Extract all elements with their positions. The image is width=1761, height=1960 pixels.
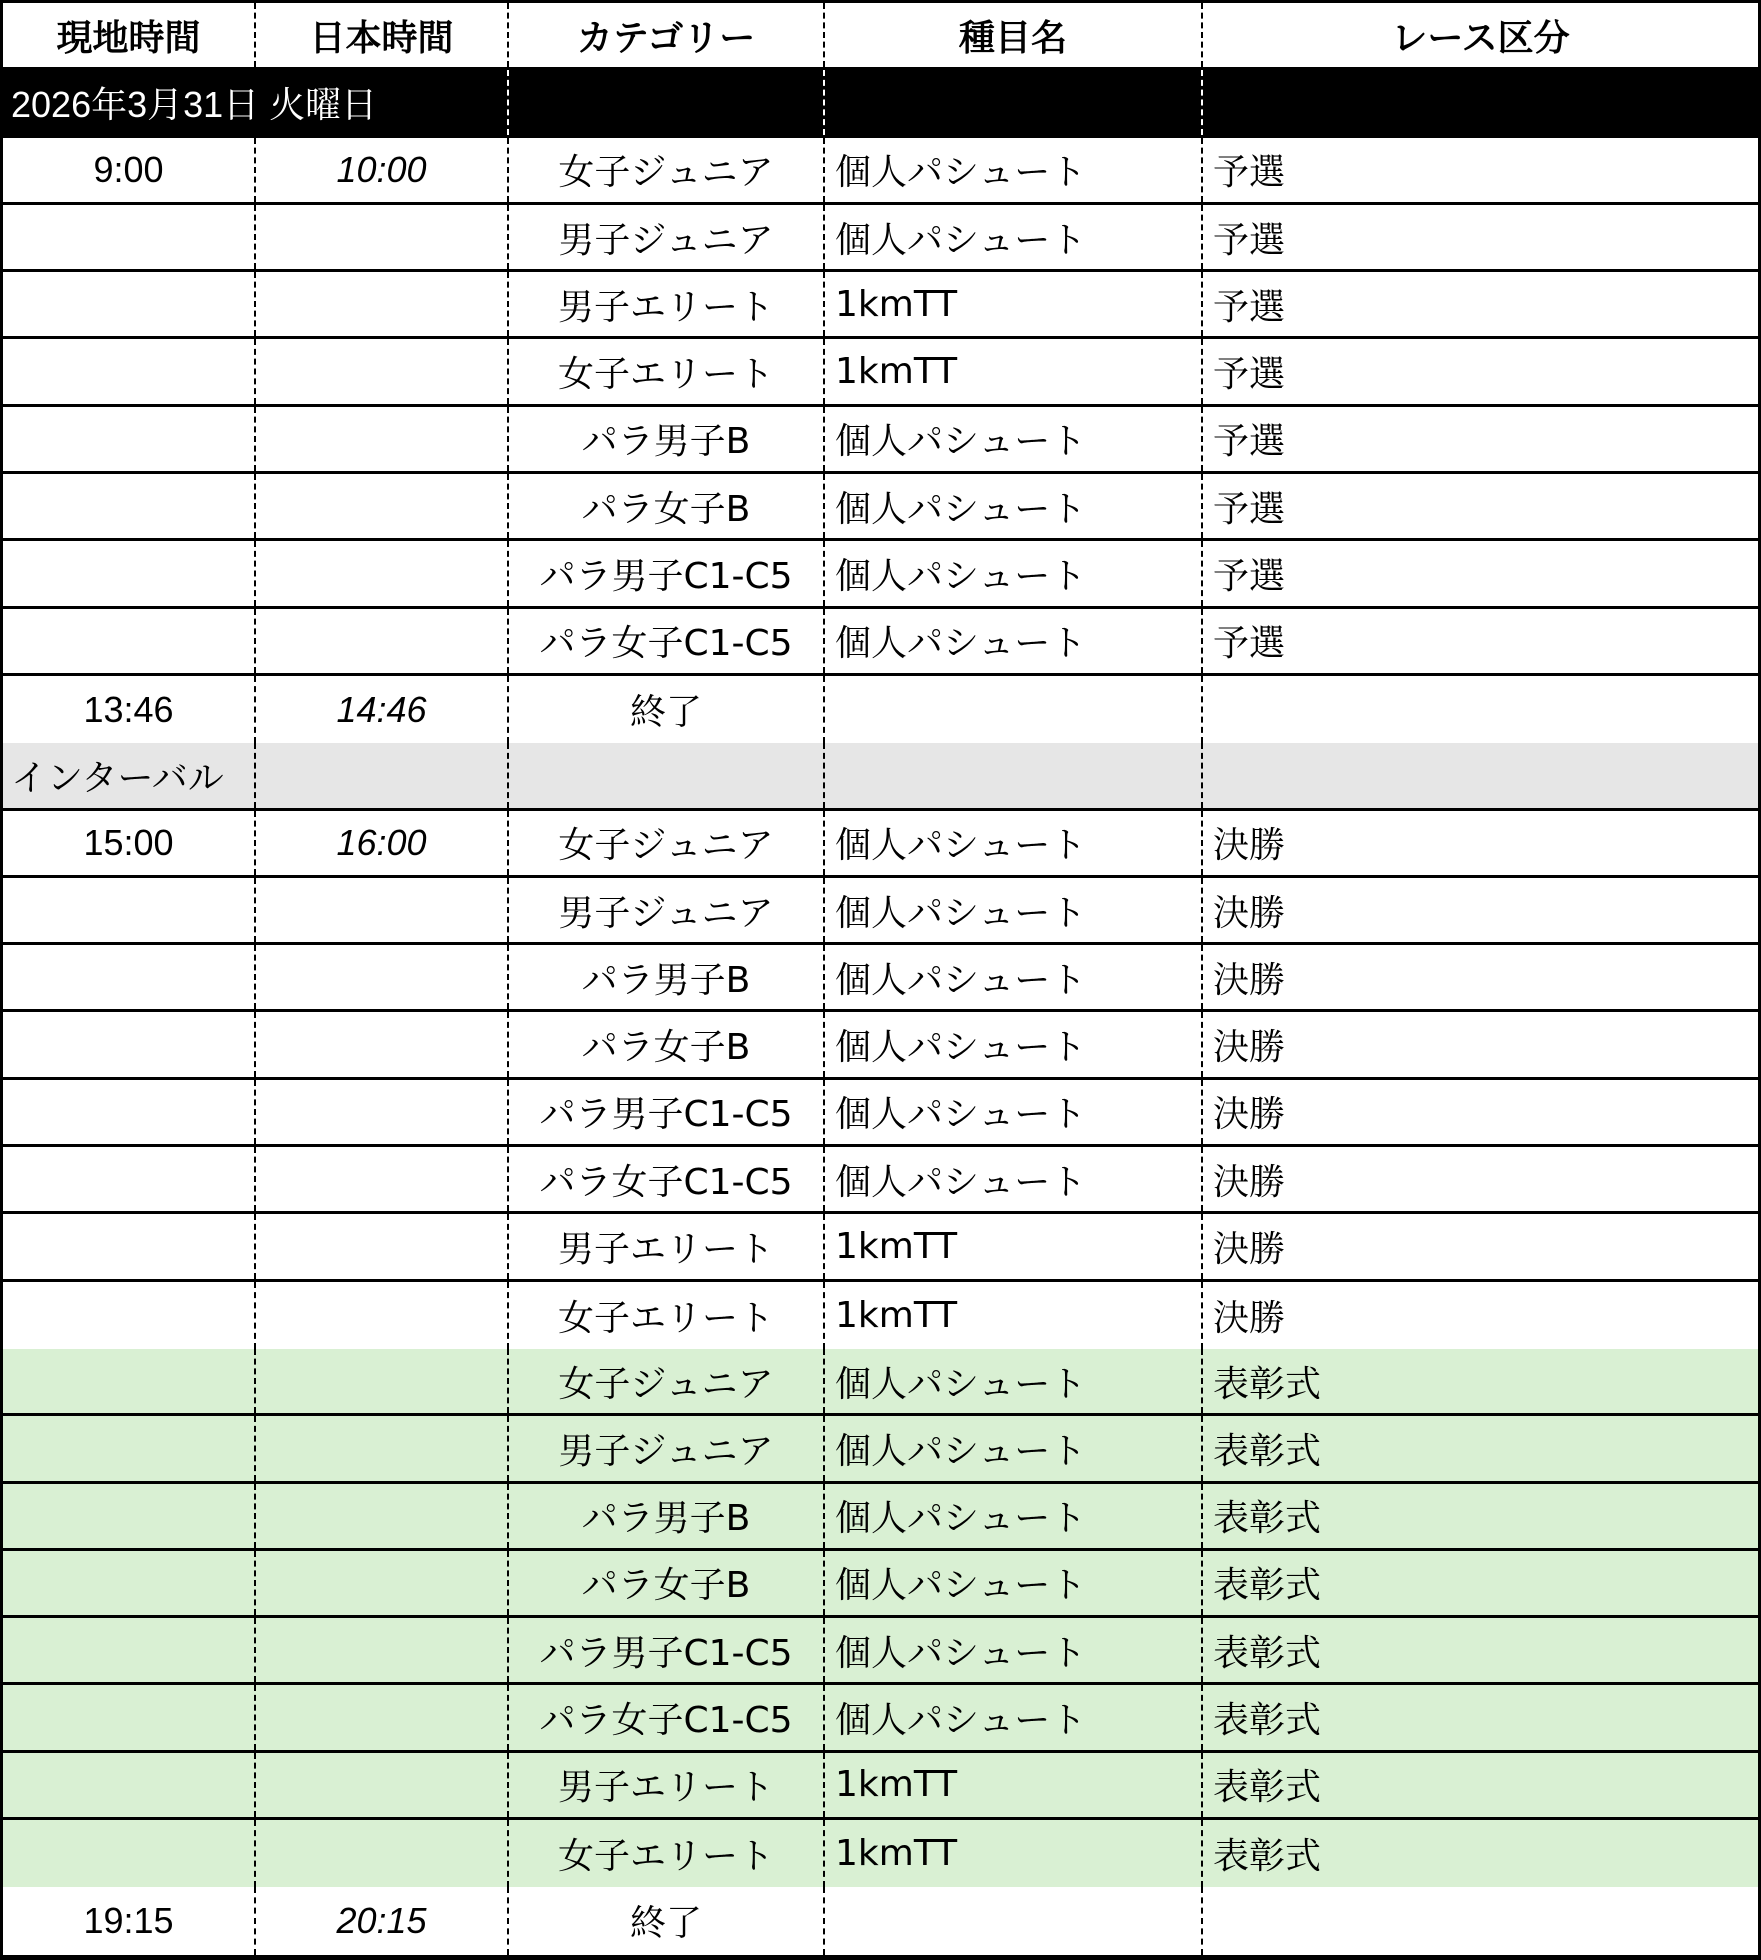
race-type: 決勝 — [1203, 878, 1758, 942]
japan-time — [256, 339, 509, 403]
japan-time: 16:00 — [256, 811, 509, 875]
table-row: パラ女子B 個人パシュート 決勝 — [3, 1012, 1758, 1079]
local-time — [3, 1147, 256, 1211]
local-time: 19:15 — [3, 1887, 256, 1954]
local-time — [3, 1618, 256, 1682]
category: 終了 — [509, 1887, 825, 1954]
session-qualifying: 9:00 10:00 女子ジュニア 個人パシュート 予選 男子ジュニア 個人パシ… — [3, 138, 1758, 744]
event-name: 個人パシュート — [825, 1618, 1203, 1682]
table-row: パラ男子C1-C5 個人パシュート 予選 — [3, 541, 1758, 608]
table-row: パラ女子C1-C5 個人パシュート 予選 — [3, 609, 1758, 676]
race-type: 表彰式 — [1203, 1685, 1758, 1749]
race-type: 予選 — [1203, 541, 1758, 605]
header-event: 種目名 — [825, 3, 1203, 67]
session-finals: 15:00 16:00 女子ジュニア 個人パシュート 決勝 男子ジュニア 個人パ… — [3, 811, 1758, 1349]
table-row: 男子ジュニア 個人パシュート 決勝 — [3, 878, 1758, 945]
end-row: 19:15 20:15 終了 — [3, 1887, 1758, 1954]
event-name: 1kmTT — [825, 339, 1203, 403]
japan-time — [256, 1349, 509, 1413]
date-row: 2026年3月31日 火曜日 — [3, 70, 1758, 137]
event-name: 個人パシュート — [825, 407, 1203, 471]
event-name: 個人パシュート — [825, 1147, 1203, 1211]
header-race-type: レース区分 — [1203, 3, 1758, 67]
event-name — [825, 676, 1203, 743]
japan-time — [256, 1618, 509, 1682]
local-time — [3, 407, 256, 471]
japan-time: 20:15 — [256, 1887, 509, 1954]
category: パラ男子B — [509, 1484, 825, 1548]
local-time — [3, 1416, 256, 1480]
table-row: パラ女子B 個人パシュート 表彰式 — [3, 1551, 1758, 1618]
session-ceremonies: 女子ジュニア 個人パシュート 表彰式 男子ジュニア 個人パシュート 表彰式 パラ… — [3, 1349, 1758, 1887]
category: 男子エリート — [509, 1214, 825, 1278]
local-time — [3, 272, 256, 336]
category: 男子ジュニア — [509, 878, 825, 942]
event-name: 個人パシュート — [825, 1012, 1203, 1076]
header-local-time: 現地時間 — [3, 3, 256, 67]
race-type: 決勝 — [1203, 1282, 1758, 1349]
table-row: 女子ジュニア 個人パシュート 表彰式 — [3, 1349, 1758, 1416]
category: 女子ジュニア — [509, 811, 825, 875]
japan-time — [256, 945, 509, 1009]
race-type: 表彰式 — [1203, 1820, 1758, 1887]
japan-time — [256, 1080, 509, 1144]
schedule-table: 現地時間 日本時間 カテゴリー 種目名 レース区分 2026年3月31日 火曜日… — [0, 0, 1761, 1960]
local-time — [3, 1820, 256, 1887]
local-time — [3, 1484, 256, 1548]
header-category: カテゴリー — [509, 3, 825, 67]
table-row: パラ女子B 個人パシュート 予選 — [3, 474, 1758, 541]
table-row: パラ男子C1-C5 個人パシュート 決勝 — [3, 1080, 1758, 1147]
local-time — [3, 878, 256, 942]
table-row: パラ男子B 個人パシュート 予選 — [3, 407, 1758, 474]
japan-time — [256, 1012, 509, 1076]
local-time — [3, 1080, 256, 1144]
race-type: 表彰式 — [1203, 1416, 1758, 1480]
table-row: 9:00 10:00 女子ジュニア 個人パシュート 予選 — [3, 138, 1758, 205]
event-name: 個人パシュート — [825, 1685, 1203, 1749]
category: パラ男子C1-C5 — [509, 1618, 825, 1682]
local-time — [3, 339, 256, 403]
race-type — [1203, 1887, 1758, 1954]
japan-time — [256, 878, 509, 942]
interval-empty-cell — [509, 743, 825, 807]
event-name: 個人パシュート — [825, 609, 1203, 673]
japan-time — [256, 272, 509, 336]
event-name: 個人パシュート — [825, 1080, 1203, 1144]
interval-row: インターバル — [3, 743, 1758, 810]
category: 男子エリート — [509, 1753, 825, 1817]
local-time — [3, 1349, 256, 1413]
race-type: 表彰式 — [1203, 1349, 1758, 1413]
event-name: 個人パシュート — [825, 1551, 1203, 1615]
category: 終了 — [509, 676, 825, 743]
category: 女子エリート — [509, 339, 825, 403]
date-empty-cell — [825, 70, 1203, 134]
race-type: 決勝 — [1203, 1012, 1758, 1076]
category: パラ男子B — [509, 945, 825, 1009]
table-row: 15:00 16:00 女子ジュニア 個人パシュート 決勝 — [3, 811, 1758, 878]
japan-time — [256, 1484, 509, 1548]
interval-label: インターバル — [3, 743, 256, 807]
table-row: 13:46 14:46 終了 — [3, 676, 1758, 743]
table-row: パラ男子B 個人パシュート 決勝 — [3, 945, 1758, 1012]
local-time — [3, 474, 256, 538]
event-name: 個人パシュート — [825, 1349, 1203, 1413]
category: 男子ジュニア — [509, 205, 825, 269]
japan-time — [256, 205, 509, 269]
table-row: 女子エリート 1kmTT 決勝 — [3, 1282, 1758, 1349]
category: パラ男子C1-C5 — [509, 541, 825, 605]
race-type: 予選 — [1203, 609, 1758, 673]
japan-time — [256, 407, 509, 471]
event-name: 個人パシュート — [825, 205, 1203, 269]
race-type: 予選 — [1203, 205, 1758, 269]
category: パラ女子C1-C5 — [509, 609, 825, 673]
japan-time — [256, 1214, 509, 1278]
table-row: パラ男子C1-C5 個人パシュート 表彰式 — [3, 1618, 1758, 1685]
local-time — [3, 1753, 256, 1817]
race-type: 決勝 — [1203, 1214, 1758, 1278]
japan-time: 14:46 — [256, 676, 509, 743]
race-type: 表彰式 — [1203, 1618, 1758, 1682]
category: 女子エリート — [509, 1820, 825, 1887]
event-name: 個人パシュート — [825, 811, 1203, 875]
japan-time — [256, 541, 509, 605]
table-row: 女子エリート 1kmTT 表彰式 — [3, 1820, 1758, 1887]
japan-time — [256, 1147, 509, 1211]
race-type: 決勝 — [1203, 1147, 1758, 1211]
japan-time — [256, 1416, 509, 1480]
event-name: 個人パシュート — [825, 878, 1203, 942]
category: パラ女子C1-C5 — [509, 1147, 825, 1211]
table-row: 女子エリート 1kmTT 予選 — [3, 339, 1758, 406]
race-type: 予選 — [1203, 474, 1758, 538]
race-type: 予選 — [1203, 407, 1758, 471]
race-type: 決勝 — [1203, 945, 1758, 1009]
event-name: 個人パシュート — [825, 138, 1203, 202]
local-time — [3, 945, 256, 1009]
event-name: 個人パシュート — [825, 474, 1203, 538]
table-row: パラ男子B 個人パシュート 表彰式 — [3, 1484, 1758, 1551]
japan-time — [256, 1820, 509, 1887]
local-time: 9:00 — [3, 138, 256, 202]
japan-time — [256, 1282, 509, 1349]
interval-empty-cell — [825, 743, 1203, 807]
table-row: パラ女子C1-C5 個人パシュート 表彰式 — [3, 1685, 1758, 1752]
race-type: 予選 — [1203, 339, 1758, 403]
event-name: 1kmTT — [825, 1753, 1203, 1817]
event-name: 個人パシュート — [825, 541, 1203, 605]
local-time: 13:46 — [3, 676, 256, 743]
race-type: 表彰式 — [1203, 1551, 1758, 1615]
interval-empty-cell — [1203, 743, 1758, 807]
event-name: 個人パシュート — [825, 1416, 1203, 1480]
race-type: 予選 — [1203, 138, 1758, 202]
table-row: 男子ジュニア 個人パシュート 表彰式 — [3, 1416, 1758, 1483]
local-time: 15:00 — [3, 811, 256, 875]
category: 男子ジュニア — [509, 1416, 825, 1480]
japan-time — [256, 1551, 509, 1615]
date-empty-cell — [509, 70, 825, 134]
header-japan-time: 日本時間 — [256, 3, 509, 67]
race-type — [1203, 676, 1758, 743]
japan-time — [256, 474, 509, 538]
category: パラ男子B — [509, 407, 825, 471]
category: 女子ジュニア — [509, 1349, 825, 1413]
japan-time — [256, 609, 509, 673]
table-row: 男子エリート 1kmTT 決勝 — [3, 1214, 1758, 1281]
race-type: 決勝 — [1203, 811, 1758, 875]
event-name: 1kmTT — [825, 1282, 1203, 1349]
event-name: 個人パシュート — [825, 945, 1203, 1009]
interval-empty-cell — [256, 743, 509, 807]
japan-time — [256, 1753, 509, 1817]
category: 女子エリート — [509, 1282, 825, 1349]
date-label: 2026年3月31日 火曜日 — [3, 70, 509, 134]
event-name: 1kmTT — [825, 1214, 1203, 1278]
race-type: 予選 — [1203, 272, 1758, 336]
category: 女子ジュニア — [509, 138, 825, 202]
table-row: 男子ジュニア 個人パシュート 予選 — [3, 205, 1758, 272]
category: パラ女子B — [509, 1012, 825, 1076]
race-type: 表彰式 — [1203, 1484, 1758, 1548]
table-row: 男子エリート 1kmTT 表彰式 — [3, 1753, 1758, 1820]
event-name: 1kmTT — [825, 1820, 1203, 1887]
category: パラ女子B — [509, 1551, 825, 1615]
category: 男子エリート — [509, 272, 825, 336]
category: パラ女子B — [509, 474, 825, 538]
category: パラ女子C1-C5 — [509, 1685, 825, 1749]
local-time — [3, 1282, 256, 1349]
table-header: 現地時間 日本時間 カテゴリー 種目名 レース区分 — [3, 3, 1758, 70]
race-type: 表彰式 — [1203, 1753, 1758, 1817]
table-row: パラ女子C1-C5 個人パシュート 決勝 — [3, 1147, 1758, 1214]
event-name: 個人パシュート — [825, 1484, 1203, 1548]
local-time — [3, 1012, 256, 1076]
local-time — [3, 1214, 256, 1278]
date-empty-cell — [1203, 70, 1758, 134]
japan-time — [256, 1685, 509, 1749]
table-row: 男子エリート 1kmTT 予選 — [3, 272, 1758, 339]
local-time — [3, 205, 256, 269]
category: パラ男子C1-C5 — [509, 1080, 825, 1144]
local-time — [3, 541, 256, 605]
local-time — [3, 609, 256, 673]
japan-time: 10:00 — [256, 138, 509, 202]
event-name: 1kmTT — [825, 272, 1203, 336]
local-time — [3, 1685, 256, 1749]
race-type: 決勝 — [1203, 1080, 1758, 1144]
event-name — [825, 1887, 1203, 1954]
local-time — [3, 1551, 256, 1615]
